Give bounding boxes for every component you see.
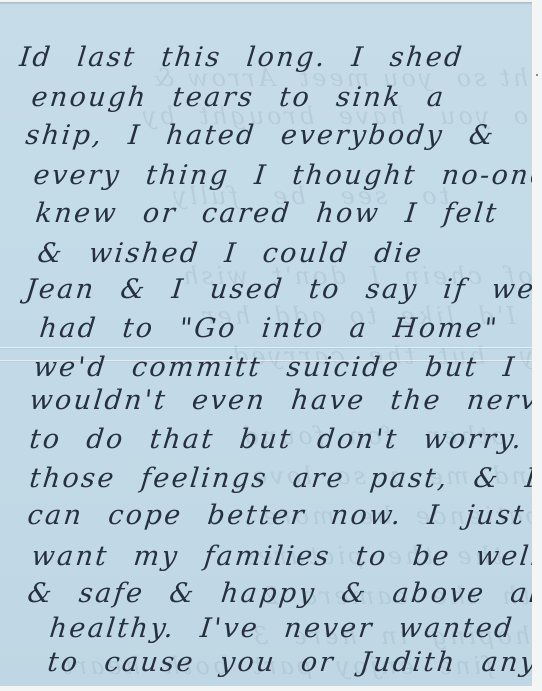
letter-line-17: to cause you or Judith any — [46, 647, 532, 678]
letter-line-9: we'd committ suicide but I — [32, 352, 518, 383]
letter-line-7: Jean & I used to say if we — [24, 274, 532, 305]
letter-line-5: knew or cared how I felt — [34, 198, 500, 229]
letter-line-12: those feelings are past, & I — [28, 463, 532, 494]
scanned-letter-page: wrought so you meet Arrow & to you have … — [0, 0, 542, 691]
letter-paper: wrought so you meet Arrow & to you have … — [0, 2, 532, 686]
letter-line-11: to do that but don't worry. — [28, 424, 525, 455]
letter-line-13: can cope better now. I just — [26, 500, 527, 531]
letter-line-6: & wished I could die — [36, 238, 425, 269]
letter-line-15: & safe & happy & above all — [26, 578, 532, 609]
letter-line-8: had to "Go into a Home" — [38, 313, 501, 344]
scan-speck — [536, 74, 538, 76]
letter-line-1: Id last this long. I shed — [18, 42, 466, 73]
letter-body: Id last this long. I shed enough tears t… — [0, 2, 532, 686]
scanner-margin-right — [532, 0, 542, 691]
letter-line-10: wouldn't even have the nerve — [28, 385, 532, 416]
letter-line-16: healthy. I've never wanted — [48, 613, 516, 644]
letter-line-14: want my families to be well — [30, 541, 532, 572]
letter-line-2: enough tears to sink a — [30, 82, 447, 113]
letter-line-4: every thing I thought no-one — [32, 160, 532, 191]
scanner-margin-bottom — [0, 686, 542, 691]
letter-line-3: ship, I hated everybody & — [24, 120, 497, 151]
